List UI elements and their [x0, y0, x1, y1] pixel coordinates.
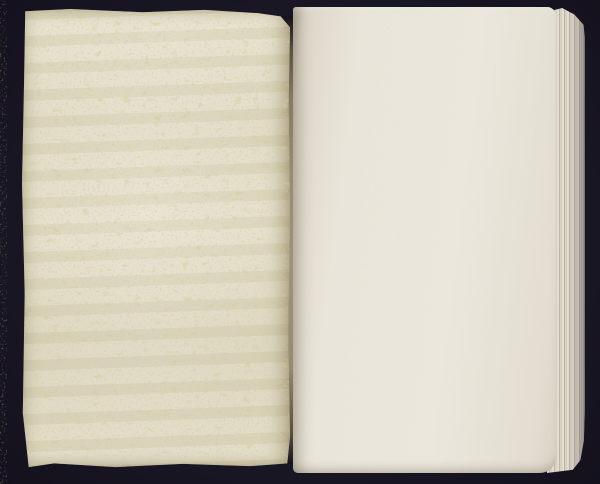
foxing-fine-texture	[22, 9, 290, 468]
book-photo: Photograph of an open book with two blan…	[0, 0, 600, 484]
foxing-blotch-texture	[22, 9, 290, 468]
right-page-grain-texture	[293, 7, 556, 473]
noise-texture	[0, 0, 7, 484]
right-page	[293, 7, 556, 473]
left-page	[22, 9, 290, 468]
photo-edge-noise	[0, 0, 7, 484]
